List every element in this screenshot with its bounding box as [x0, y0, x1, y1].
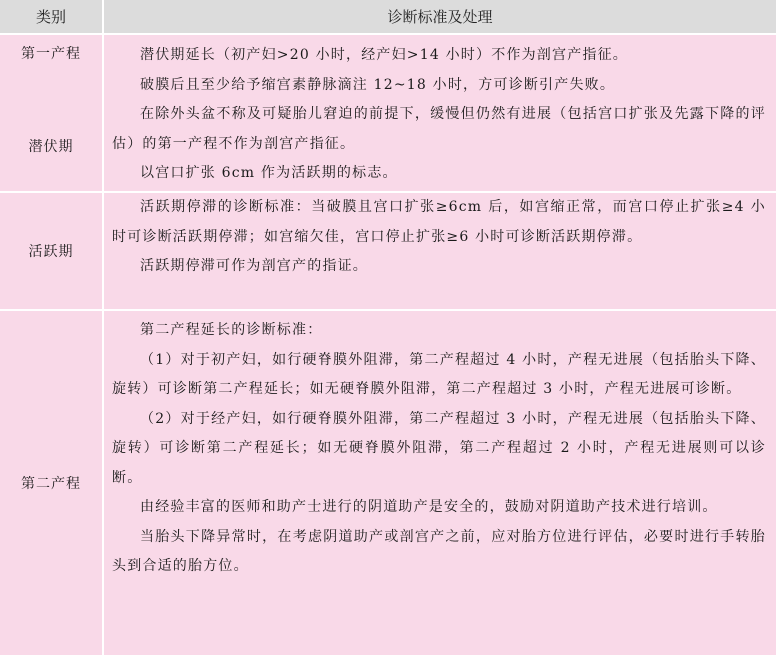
paragraph: 破膜后且至少给予缩宫素静脉滴注 12~18 小时，方可诊断引产失败。: [112, 71, 766, 101]
table-row-latent-phase: 第一产程 潜伏期 潜伏期延长（初产妇>20 小时，经产妇>14 小时）不作为剖宫…: [0, 35, 776, 191]
table-header: 类别 诊断标准及处理: [0, 0, 776, 33]
paragraph: 当胎头下降异常时，在考虑阴道助产或剖宫产之前，应对胎方位进行评估，必要时进行手转…: [112, 523, 766, 582]
header-category: 类别: [0, 0, 102, 33]
labor-diagnosis-table: 类别 诊断标准及处理 第一产程 潜伏期 潜伏期延长（初产妇>20 小时，经产妇>…: [0, 0, 776, 655]
criteria-cell: 潜伏期延长（初产妇>20 小时，经产妇>14 小时）不作为剖宫产指征。 破膜后且…: [104, 35, 776, 191]
category-cell: 活跃期: [0, 193, 102, 309]
phase-label-active: 活跃期: [0, 241, 102, 261]
category-cell: 第二产程: [0, 311, 102, 655]
stage-label-second: 第二产程: [0, 473, 102, 493]
category-cell: 第一产程 潜伏期: [0, 35, 102, 191]
phase-label-latent: 潜伏期: [0, 136, 102, 156]
table-row-second-stage: 第二产程 第二产程延长的诊断标准： （1）对于初产妇，如行硬脊膜外阻滞，第二产程…: [0, 311, 776, 655]
paragraph: 活跃期停滞可作为剖宫产的指证。: [112, 252, 766, 282]
paragraph: 活跃期停滞的诊断标准：当破膜且宫口扩张≥6cm 后，如宫缩正常，而宫口停止扩张≥…: [112, 193, 766, 252]
paragraph: 潜伏期延长（初产妇>20 小时，经产妇>14 小时）不作为剖宫产指征。: [112, 41, 766, 71]
paragraph: 由经验丰富的医师和助产士进行的阴道助产是安全的，鼓励对阴道助产技术进行培训。: [112, 493, 766, 523]
stage-label-first: 第一产程: [0, 43, 102, 63]
paragraph: 第二产程延长的诊断标准：: [112, 316, 766, 346]
criteria-cell: 活跃期停滞的诊断标准：当破膜且宫口扩张≥6cm 后，如宫缩正常，而宫口停止扩张≥…: [104, 193, 776, 309]
paragraph: 以宫口扩张 6cm 作为活跃期的标志。: [112, 159, 766, 189]
header-criteria: 诊断标准及处理: [104, 0, 776, 33]
table-row-active-phase: 活跃期 活跃期停滞的诊断标准：当破膜且宫口扩张≥6cm 后，如宫缩正常，而宫口停…: [0, 193, 776, 309]
paragraph: （1）对于初产妇，如行硬脊膜外阻滞，第二产程超过 4 小时，产程无进展（包括胎头…: [112, 346, 766, 405]
paragraph: （2）对于经产妇，如行硬脊膜外阻滞，第二产程超过 3 小时，产程无进展（包括胎头…: [112, 405, 766, 494]
criteria-cell: 第二产程延长的诊断标准： （1）对于初产妇，如行硬脊膜外阻滞，第二产程超过 4 …: [104, 311, 776, 655]
paragraph: 在除外头盆不称及可疑胎儿窘迫的前提下，缓慢但仍然有进展（包括宫口扩张及先露下降的…: [112, 100, 766, 159]
